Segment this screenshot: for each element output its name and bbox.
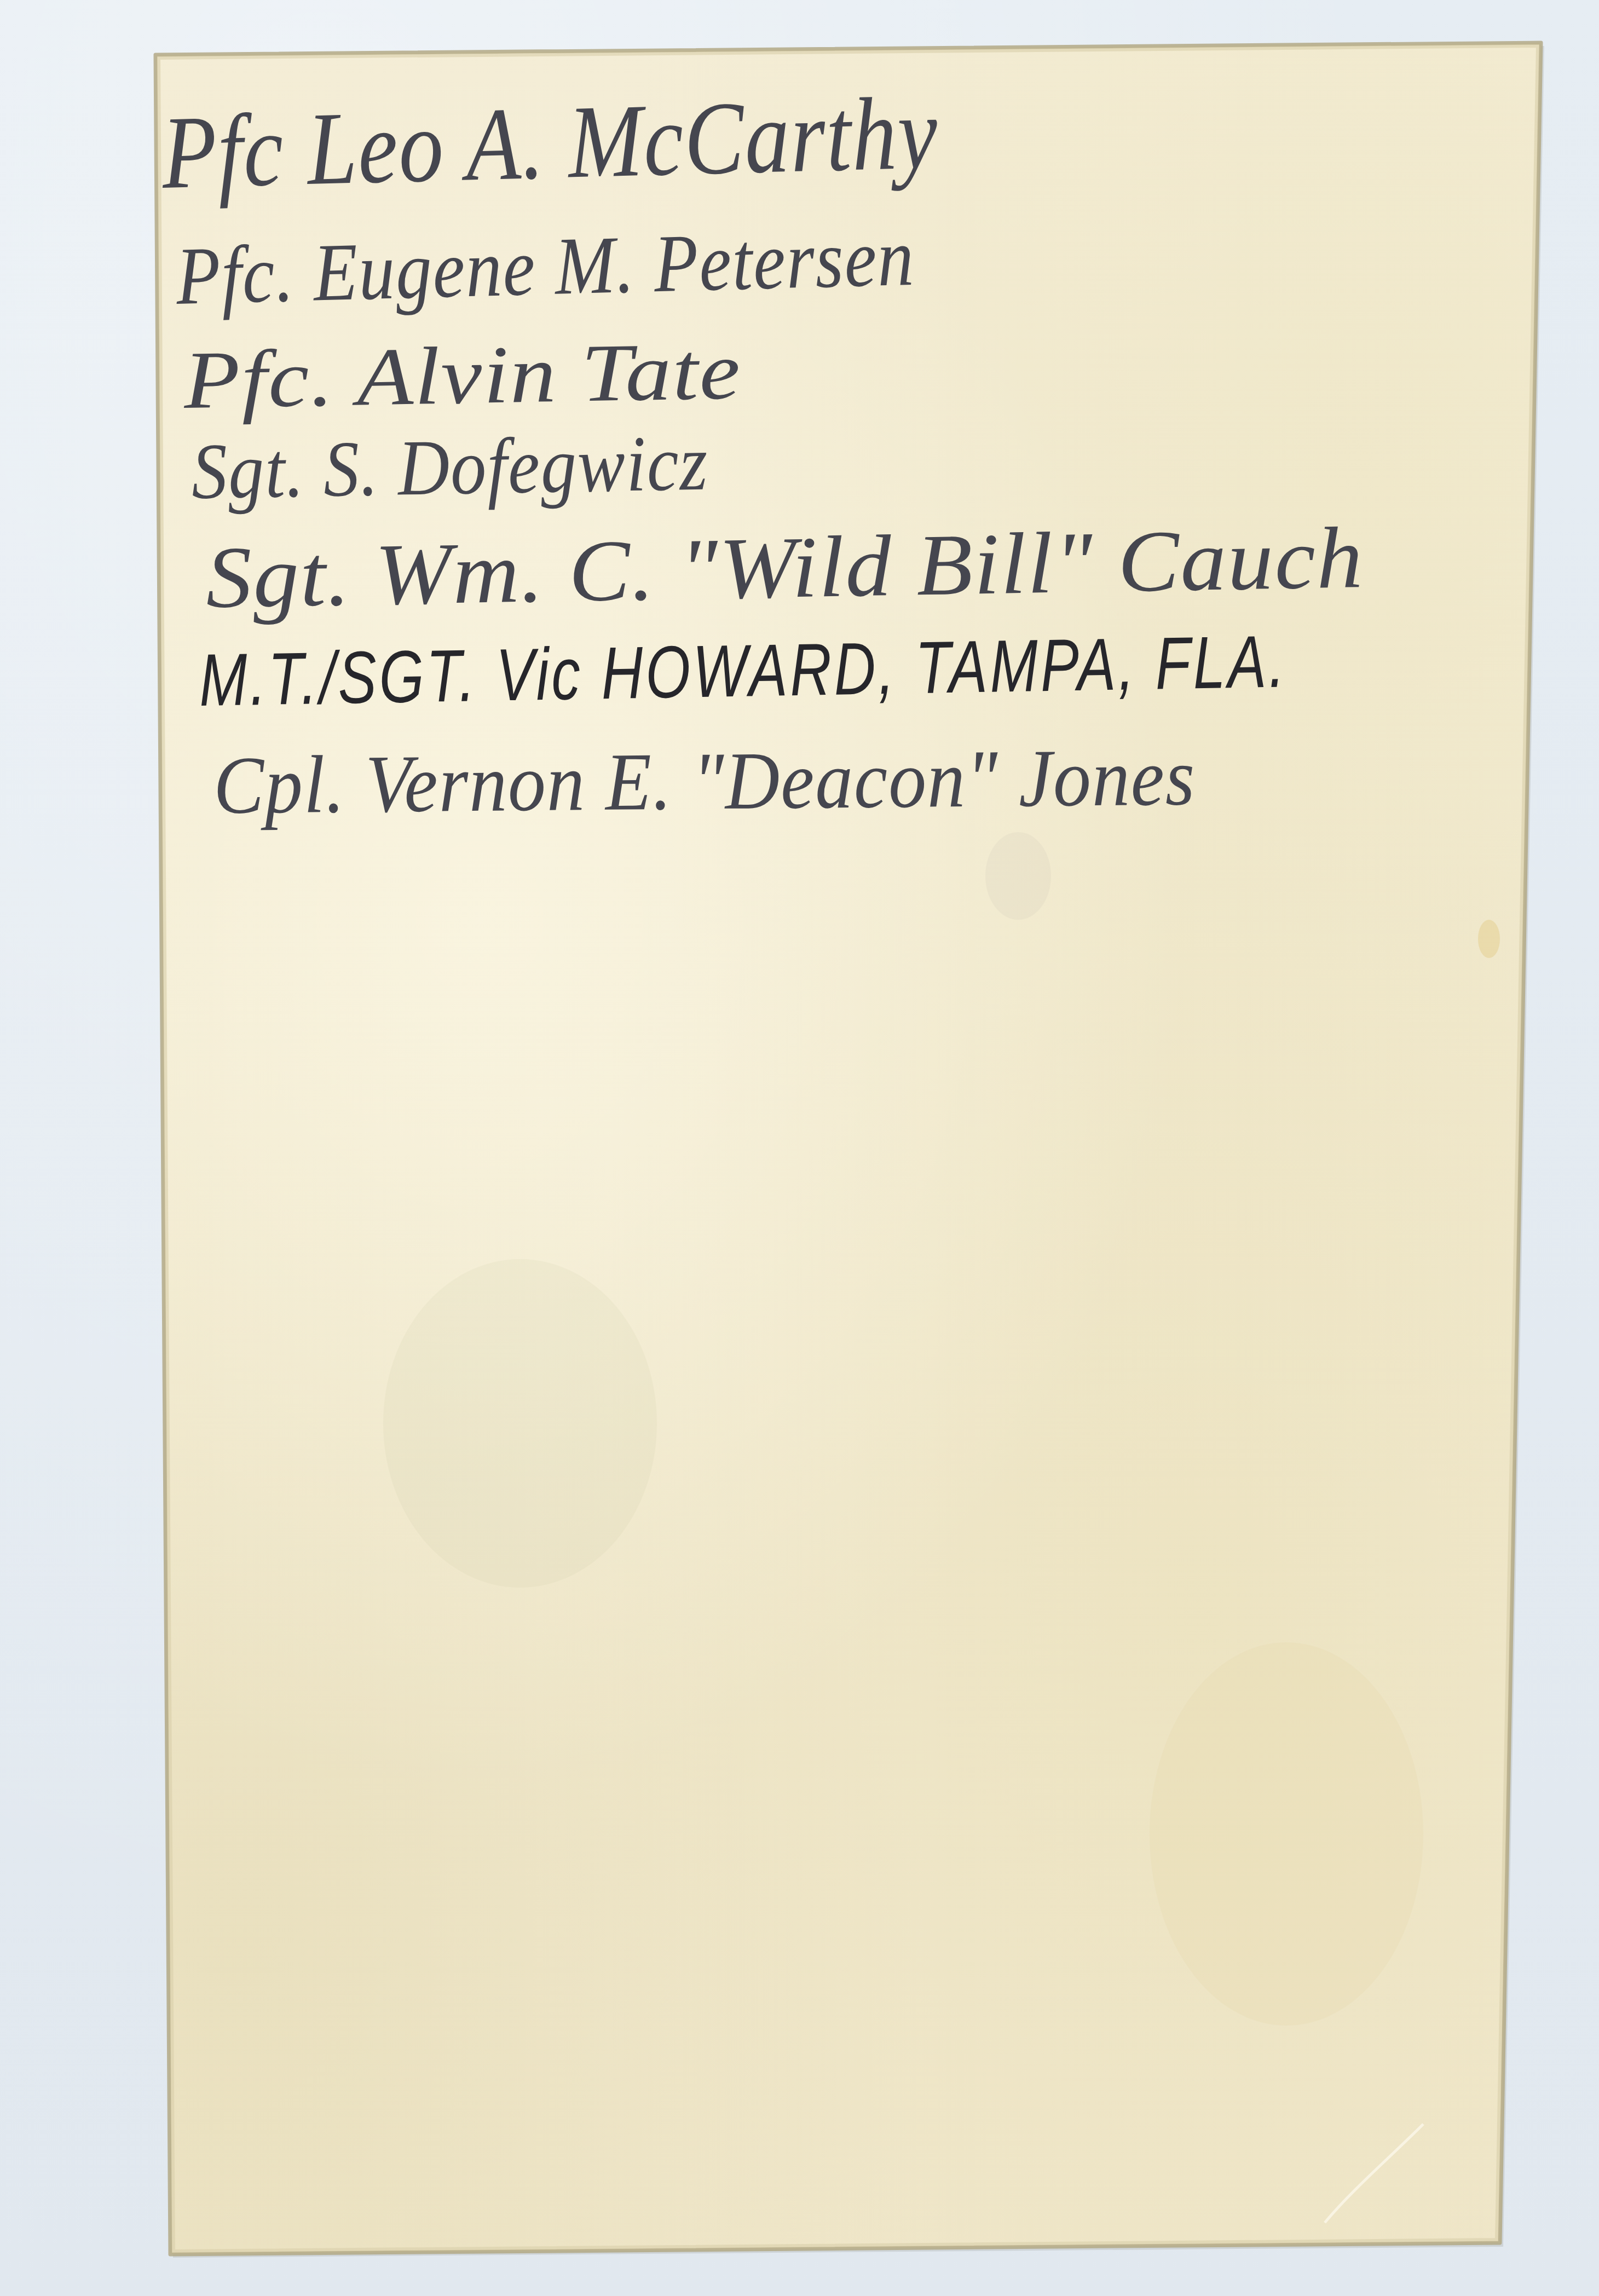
name-line-5: Sgt. Wm. C. "Wild Bill" Cauch <box>205 514 1365 621</box>
name-line-6: M.T./SGT. Vic HOWARD, TAMPA, FLA. <box>199 624 1288 717</box>
name-line-1: Pfc Leo A. McCarthy <box>161 81 940 205</box>
name-line-4: Sgt. S. Dofegwicz <box>191 424 709 512</box>
name-line-7: Cpl. Vernon E. "Deacon" Jones <box>213 736 1196 827</box>
name-line-3: Pfc. Alvin Tate <box>183 330 742 422</box>
name-line-2: Pfc. Eugene M. Petersen <box>175 216 915 318</box>
